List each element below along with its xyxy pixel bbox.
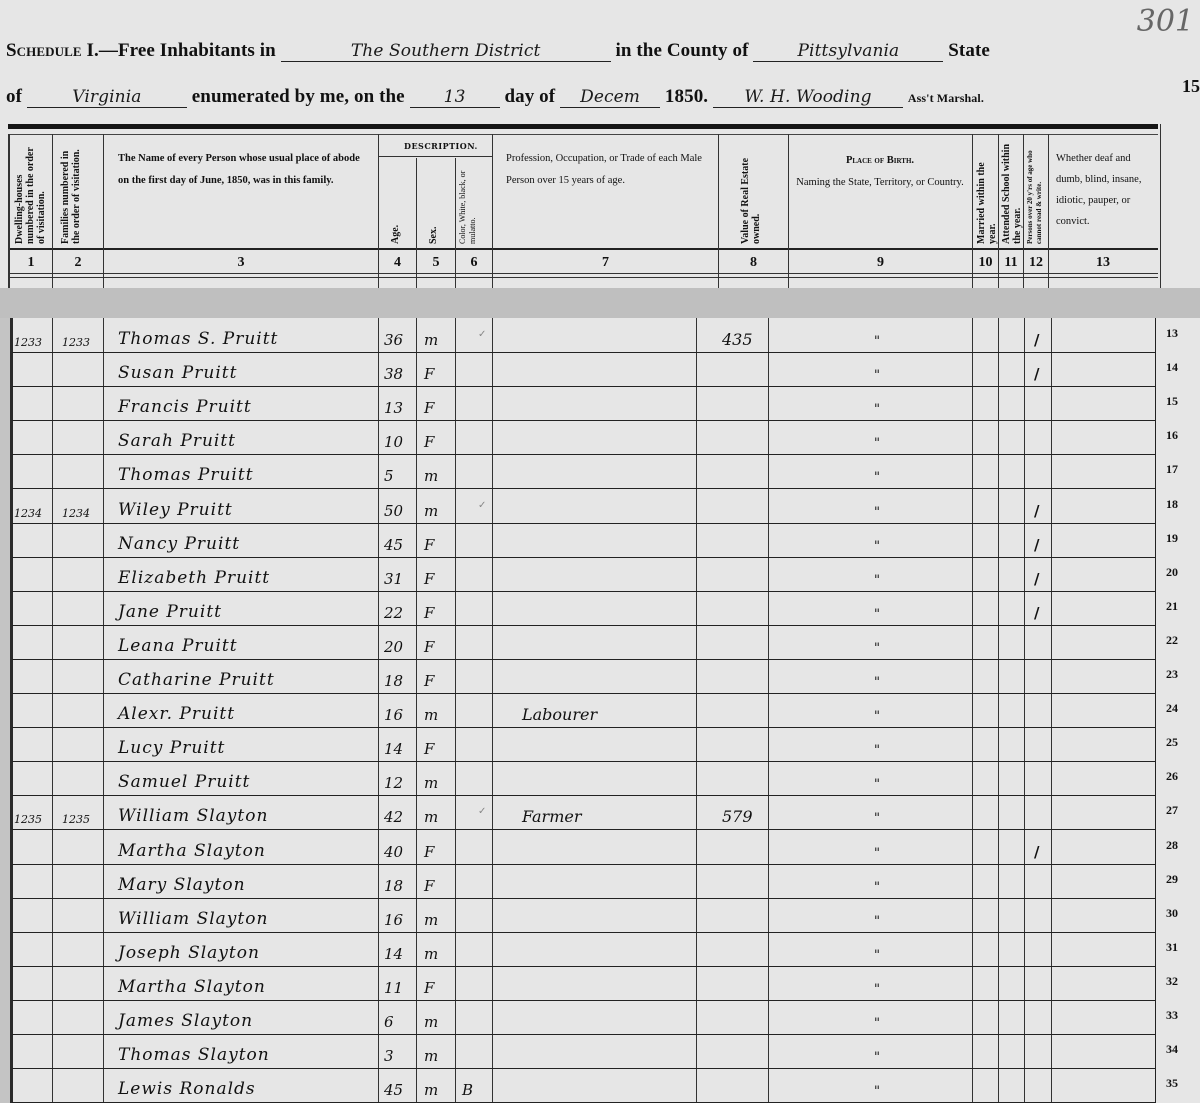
sex: F xyxy=(424,740,434,758)
sex: m xyxy=(424,911,438,929)
sex: F xyxy=(424,877,434,895)
day-field: 13 xyxy=(410,87,500,108)
person-name: Francis Pruitt xyxy=(118,397,252,417)
birthplace-ditto: " xyxy=(874,846,880,861)
line-number: 27 xyxy=(1166,803,1178,818)
col-number: 8 xyxy=(719,250,788,276)
sex: F xyxy=(424,843,434,861)
person-name: Elizabeth Pruitt xyxy=(118,568,270,588)
table-row: Thomas Slayton 3 m " xyxy=(12,1034,1155,1069)
col-number: 5 xyxy=(417,250,455,276)
table-row: James Slayton 6 m " xyxy=(12,1000,1155,1035)
line-number: 26 xyxy=(1166,769,1178,784)
age: 50 xyxy=(384,502,403,520)
person-name: Lewis Ronalds xyxy=(118,1079,256,1099)
table-row: Jane Pruitt 22 F " / xyxy=(12,591,1155,626)
illiterate-mark: / xyxy=(1034,570,1039,588)
page-right-border xyxy=(1155,318,1156,1103)
person-name: Martha Slayton xyxy=(118,841,266,861)
table-row: Alexr. Pruitt 16 m Labourer " xyxy=(12,693,1155,728)
line-number: 16 xyxy=(1166,428,1178,443)
dwelling-number: 1235 xyxy=(14,813,42,826)
person-name: James Slayton xyxy=(118,1011,253,1031)
state-field: Virginia xyxy=(27,87,187,108)
of-label: of xyxy=(6,86,22,107)
person-name: Catharine Pruitt xyxy=(118,670,275,690)
illiterate-mark: / xyxy=(1034,536,1039,554)
person-name: Joseph Slayton xyxy=(118,943,260,963)
col-number: 2 xyxy=(53,250,103,276)
col11-header: Attended School within the year. xyxy=(1001,140,1021,244)
check-mark-icon: ✓ xyxy=(478,806,486,817)
col-number: 12 xyxy=(1024,250,1048,276)
col13-header: Whether deaf and dumb, blind, insane, id… xyxy=(1056,148,1158,232)
person-name: Nancy Pruitt xyxy=(118,534,240,554)
age: 5 xyxy=(384,467,394,485)
age: 22 xyxy=(384,604,403,622)
age: 40 xyxy=(384,843,403,861)
person-name: Lucy Pruitt xyxy=(118,738,225,758)
illiterate-mark: / xyxy=(1034,331,1039,349)
col10-header: Married within the year. xyxy=(976,140,996,244)
birthplace-ditto: " xyxy=(874,539,880,554)
age: 14 xyxy=(384,740,403,758)
age: 20 xyxy=(384,638,403,656)
line-number: 21 xyxy=(1166,599,1178,614)
family-number: 1235 xyxy=(62,813,90,826)
line-number: 18 xyxy=(1166,497,1178,512)
line-number: 35 xyxy=(1166,1076,1178,1091)
illiterate-mark: / xyxy=(1034,502,1039,520)
table-row: Samuel Pruitt 12 m " xyxy=(12,761,1155,796)
month-field: Decem xyxy=(560,87,660,108)
person-name: Thomas Pruitt xyxy=(118,465,254,485)
col-number: 11 xyxy=(999,250,1023,276)
col9-subtitle: Naming the State, Territory, or Country. xyxy=(790,172,970,194)
age: 16 xyxy=(384,706,403,724)
birthplace-ditto: " xyxy=(874,1016,880,1031)
birthplace-ditto: " xyxy=(874,505,880,520)
enumeration-line: of Virginia enumerated by me, on the 13 … xyxy=(6,86,984,108)
description-header: DESCRIPTION. xyxy=(404,141,478,151)
table-row: Lewis Ronalds 45 m B " xyxy=(12,1068,1155,1103)
table-row: Lucy Pruitt 14 F " xyxy=(12,727,1155,762)
dwelling-number: 1233 xyxy=(14,336,42,349)
line-number: 14 xyxy=(1166,360,1178,375)
sex: m xyxy=(424,945,438,963)
person-name: Susan Pruitt xyxy=(118,363,237,383)
illiterate-mark: / xyxy=(1034,365,1039,383)
table-row: Thomas Pruitt 5 m " xyxy=(12,454,1155,489)
sex: F xyxy=(424,638,434,656)
table-row: Susan Pruitt 38 F " / xyxy=(12,352,1155,387)
age: 6 xyxy=(384,1013,394,1031)
table-row: Leana Pruitt 20 F " xyxy=(12,625,1155,660)
table-row: Sarah Pruitt 10 F " xyxy=(12,420,1155,455)
header-rule xyxy=(8,134,1158,135)
description-rule xyxy=(378,156,492,157)
county-field: Pittsylvania xyxy=(753,41,943,62)
col-number: 4 xyxy=(379,250,416,276)
occupation: Farmer xyxy=(522,807,582,826)
person-name: Thomas Slayton xyxy=(118,1045,270,1065)
title-prefix: —Free Inhabitants in xyxy=(99,40,276,61)
marshal-signature: W. H. Wooding xyxy=(713,87,903,108)
age: 16 xyxy=(384,911,403,929)
table-row: 1235 1235 William Slayton 42 m ✓ Farmer … xyxy=(12,795,1155,830)
table-row: Joseph Slayton 14 m " xyxy=(12,932,1155,967)
col9-header: Place of Birth. Naming the State, Territ… xyxy=(790,150,970,194)
table-row: Catharine Pruitt 18 F " xyxy=(12,659,1155,694)
enumerated-label: enumerated by me, on the xyxy=(192,86,405,107)
table-row: Mary Slayton 18 F " xyxy=(12,864,1155,899)
line-number: 20 xyxy=(1166,565,1178,580)
header-top-rule xyxy=(8,124,1158,129)
sex: m xyxy=(424,331,438,349)
age: 42 xyxy=(384,808,403,826)
color: B xyxy=(462,1081,473,1099)
line-number: 32 xyxy=(1166,974,1178,989)
line-number: 13 xyxy=(1166,326,1178,341)
birthplace-ditto: " xyxy=(874,982,880,997)
line-number: 31 xyxy=(1166,940,1178,955)
page-number: 301 xyxy=(1137,4,1194,39)
table-row: Martha Slayton 40 F " / xyxy=(12,830,1155,865)
age: 14 xyxy=(384,945,403,963)
table-row: Elizabeth Pruitt 31 F " / xyxy=(12,557,1155,592)
age: 45 xyxy=(384,1081,403,1099)
birthplace-ditto: " xyxy=(874,811,880,826)
birthplace-ditto: " xyxy=(874,436,880,451)
line-number: 15 xyxy=(1166,394,1178,409)
birthplace-ditto: " xyxy=(874,402,880,417)
age: 36 xyxy=(384,331,403,349)
age: 31 xyxy=(384,570,403,588)
sex: F xyxy=(424,399,434,417)
sex: m xyxy=(424,706,438,724)
col-divider xyxy=(1160,124,1161,288)
district-field: The Southern District xyxy=(281,41,611,62)
table-row: Martha Slayton 11 F " xyxy=(12,966,1155,1001)
line-number: 22 xyxy=(1166,633,1178,648)
col9-title: Place of Birth. xyxy=(790,150,970,172)
table-row: William Slayton 16 m " xyxy=(12,898,1155,933)
family-number: 1234 xyxy=(62,507,90,520)
sex: F xyxy=(424,536,434,554)
col2-header: Families numbered in the order of visita… xyxy=(60,140,96,244)
line-number: 29 xyxy=(1166,872,1178,887)
county-prefix: in the County of xyxy=(615,40,748,61)
side-number: 15 xyxy=(1182,76,1200,97)
real-estate-value: 579 xyxy=(722,807,753,826)
sex: m xyxy=(424,467,438,485)
line-number: 33 xyxy=(1166,1008,1178,1023)
state-label: State xyxy=(948,40,990,61)
sex: F xyxy=(424,570,434,588)
birthplace-ditto: " xyxy=(874,334,880,349)
person-name: Sarah Pruitt xyxy=(118,431,236,451)
birthplace-ditto: " xyxy=(874,880,880,895)
family-number: 1233 xyxy=(62,336,90,349)
sex: F xyxy=(424,604,434,622)
marshal-label: Ass't Marshal. xyxy=(908,91,984,105)
person-name: Samuel Pruitt xyxy=(118,772,250,792)
table-row: Nancy Pruitt 45 F " / xyxy=(12,523,1155,558)
check-mark-icon: ✓ xyxy=(478,500,486,511)
sex: F xyxy=(424,433,434,451)
birthplace-ditto: " xyxy=(874,470,880,485)
col6-header: Color, White, black, or mulatto. xyxy=(458,160,490,244)
person-name: Thomas S. Pruitt xyxy=(118,329,278,349)
sex: m xyxy=(424,1013,438,1031)
birthplace-ditto: " xyxy=(874,914,880,929)
age: 38 xyxy=(384,365,403,383)
line-number: 19 xyxy=(1166,531,1178,546)
person-name: Jane Pruitt xyxy=(118,602,222,622)
schedule-title-line: Schedule I.—Free Inhabitants in The Sout… xyxy=(6,40,990,62)
year-label: 1850. xyxy=(665,86,708,107)
schedule-label: Schedule I. xyxy=(6,40,99,61)
illiterate-mark: / xyxy=(1034,843,1039,861)
col4-header: Age. xyxy=(390,200,404,244)
person-name: William Slayton xyxy=(118,909,268,929)
line-number: 34 xyxy=(1166,1042,1178,1057)
line-number: 28 xyxy=(1166,838,1178,853)
birthplace-ditto: " xyxy=(874,607,880,622)
sex: F xyxy=(424,672,434,690)
birthplace-ditto: " xyxy=(874,1050,880,1065)
occupation: Labourer xyxy=(522,705,597,724)
table-row: 1234 1234 Wiley Pruitt 50 m ✓ " / xyxy=(12,489,1155,524)
age: 11 xyxy=(384,979,403,997)
day-of-label: day of xyxy=(504,86,555,107)
line-number: 17 xyxy=(1166,462,1178,477)
line-number: 24 xyxy=(1166,701,1178,716)
age: 3 xyxy=(384,1047,394,1065)
birthplace-ditto: " xyxy=(874,948,880,963)
line-number: 30 xyxy=(1166,906,1178,921)
col-number: 9 xyxy=(789,250,972,276)
birthplace-ditto: " xyxy=(874,1084,880,1099)
person-name: Martha Slayton xyxy=(118,977,266,997)
col1-header: Dwelling-houses numbered in the order of… xyxy=(14,140,48,244)
person-name: Alexr. Pruitt xyxy=(118,704,235,724)
person-name: Wiley Pruitt xyxy=(118,500,233,520)
birthplace-ditto: " xyxy=(874,641,880,656)
person-name: Leana Pruitt xyxy=(118,636,238,656)
illiterate-mark: / xyxy=(1034,604,1039,622)
col-number: 1 xyxy=(10,250,52,276)
sex: m xyxy=(424,774,438,792)
col-number: 3 xyxy=(104,250,378,276)
check-mark-icon: ✓ xyxy=(478,329,486,340)
birthplace-ditto: " xyxy=(874,573,880,588)
age: 45 xyxy=(384,536,403,554)
line-number: 25 xyxy=(1166,735,1178,750)
age: 13 xyxy=(384,399,403,417)
col8-header: Value of Real Estate owned. xyxy=(740,140,766,244)
birthplace-ditto: " xyxy=(874,709,880,724)
table-row: 1233 1233 Thomas S. Pruitt 36 m ✓ 435 " … xyxy=(12,318,1155,353)
birthplace-ditto: " xyxy=(874,368,880,383)
col12-header: Persons over 20 y'rs of age who cannot r… xyxy=(1026,140,1046,244)
sex: F xyxy=(424,365,434,383)
person-name: Mary Slayton xyxy=(118,875,246,895)
sex: F xyxy=(424,979,434,997)
image-seam-band xyxy=(0,288,1200,318)
age: 18 xyxy=(384,672,403,690)
line-number: 23 xyxy=(1166,667,1178,682)
birthplace-ditto: " xyxy=(874,675,880,690)
birthplace-ditto: " xyxy=(874,777,880,792)
sex: m xyxy=(424,502,438,520)
sex: m xyxy=(424,1047,438,1065)
age: 12 xyxy=(384,774,403,792)
age: 10 xyxy=(384,433,403,451)
col7-header: Profession, Occupation, or Trade of each… xyxy=(506,148,706,192)
dwelling-number: 1234 xyxy=(14,507,42,520)
birthplace-ditto: " xyxy=(874,743,880,758)
person-name: William Slayton xyxy=(118,806,268,826)
col3-header: The Name of every Person whose usual pla… xyxy=(118,148,368,192)
col-number: 10 xyxy=(973,250,998,276)
age: 18 xyxy=(384,877,403,895)
col-number: 7 xyxy=(493,250,718,276)
table-row: Francis Pruitt 13 F " xyxy=(12,386,1155,421)
sex: m xyxy=(424,1081,438,1099)
real-estate-value: 435 xyxy=(722,330,753,349)
sex: m xyxy=(424,808,438,826)
col-number: 13 xyxy=(1049,250,1157,276)
col5-header: Sex. xyxy=(428,200,442,244)
col-number: 6 xyxy=(456,250,492,276)
